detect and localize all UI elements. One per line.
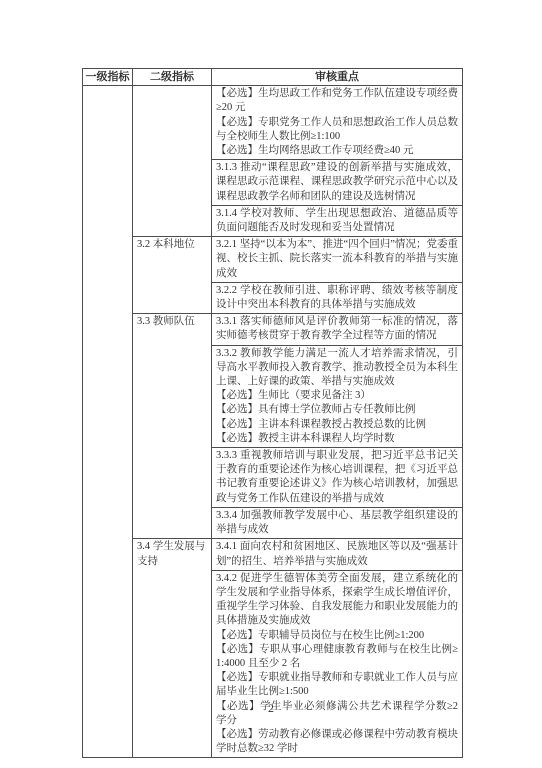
col-header-review-focus: 审核重点 — [212, 69, 463, 86]
review-cell-3-3-4: 3.3.4 加强教师教学发展中心、基层教学组织建设的举措与成效 — [212, 507, 463, 538]
level2-cell-3-4: 3.4 学生发展与支持 — [133, 539, 212, 758]
review-cell-3-4-1: 3.4.1 面向农村和贫困地区、民族地区等以及“强基计划”的招生、培养举措与实施… — [212, 539, 463, 570]
level2-cell-3-3: 3.3 教师队伍 — [133, 314, 212, 539]
review-item: 【必选】主讲本科课程教授占教授总数的比例 — [216, 418, 458, 432]
table-row: 3.4 学生发展与支持 3.4.1 面向农村和贫困地区、民族地区等以及“强基计划… — [83, 539, 463, 570]
review-item: 3.3.3 重视教师培训与职业发展，把习近平总书记关于教育的重要论述作为核心培训… — [216, 449, 458, 506]
review-item: 3.3.1 落实师德师风是评价教师第一标准的情况，落实师德考核贯穿于教育教学全过… — [216, 315, 458, 343]
header-row: 一级指标 二级指标 审核重点 — [83, 69, 463, 86]
review-item: 【必选】专职从事心理健康教育教师与在校生比例≥1:4000 且至少 2 名 — [216, 643, 458, 671]
review-item: 3.2.1 坚持“以本为本”、推进“四个回归”情况；党委重视、校长主抓、院长落实… — [216, 238, 458, 281]
review-item: 3.3.4 加强教师教学发展中心、基层教学组织建设的举措与成效 — [216, 509, 458, 537]
review-cell-3-2-2: 3.2.2 学校在教师引进、职称评聘、绩效考核等制度设计中突出本科教育的具体举措… — [212, 282, 463, 313]
review-cell-3-3-3: 3.3.3 重视教师培训与职业发展，把习近平总书记关于教育的重要论述作为核心培训… — [212, 448, 463, 508]
review-item: 3.4.1 面向农村和贫困地区、民族地区等以及“强基计划”的招生、培养举措与实施… — [216, 540, 458, 568]
review-item: 3.2.2 学校在教师引进、职称评聘、绩效考核等制度设计中突出本科教育的具体举措… — [216, 284, 458, 312]
review-cell-3-3-1: 3.3.1 落实师德师风是评价教师第一标准的情况，落实师德考核贯穿于教育教学全过… — [212, 314, 463, 345]
level1-indicator-cell — [83, 86, 133, 758]
review-item: 3.1.4 学校对教师、学生出现思想政治、道德品质等负面问题能否及时发现和妥当处… — [216, 207, 458, 235]
review-item: 【必选】生均思政工作和党务工作队伍建设专项经费≥20 元 — [216, 87, 458, 115]
review-item: 【必选】劳动教育必修课或必修课程中劳动教育模块学时总数≥32 学时 — [216, 728, 458, 756]
review-cell-3-1-required: 【必选】生均思政工作和党务工作队伍建设专项经费≥20 元 【必选】专职党务工作人… — [212, 86, 463, 160]
review-item: 3.3.2 教师教学能力满足一流人才培养需求情况，引导高水平教师投入教育教学、推… — [216, 347, 458, 390]
table-row: 3.2 本科地位 3.2.1 坚持“以本为本”、推进“四个回归”情况；党委重视、… — [83, 237, 463, 283]
review-item: 【必选】生均网络思政工作专项经费≥40 元 — [216, 144, 458, 158]
review-item: 【必选】教授主讲本科课程人均学时数 — [216, 432, 458, 446]
review-item: 【必选】生师比（要求见备注 3） — [216, 389, 458, 403]
col-header-level1-indicator: 一级指标 — [83, 69, 133, 86]
level2-cell-3-2: 3.2 本科地位 — [133, 237, 212, 314]
review-item: 3.4.2 促进学生德智体美劳全面发展，建立系统化的学生发展和学业指导体系，探索… — [216, 572, 458, 629]
review-item: 【必选】专职辅导员岗位与在校生比例≥1:200 — [216, 629, 458, 643]
review-cell-3-1-3: 3.1.3 推动“课程思政”建设的创新举措与实施成效，课程思政示范课程、课程思政… — [212, 160, 463, 206]
review-item: 【必选】专职党务工作人员和思想政治工作人员总数与全校师生人数比例≥1:100 — [216, 116, 458, 144]
col-header-level2-indicator: 二级指标 — [133, 69, 212, 86]
table-row: 3.3 教师队伍 3.3.1 落实师德师风是评价教师第一标准的情况，落实师德考核… — [83, 314, 463, 345]
review-cell-3-3-2: 3.3.2 教师教学能力满足一流人才培养需求情况，引导高水平教师投入教育教学、推… — [212, 345, 463, 447]
level2-cell-3-1 — [133, 86, 212, 237]
review-item: 【必选】专职就业指导教师和专职就业工作人员与应届毕业生比例≥1:500 — [216, 671, 458, 699]
table-row: 【必选】生均思政工作和党务工作队伍建设专项经费≥20 元 【必选】专职党务工作人… — [83, 86, 463, 160]
review-cell-3-4-2: 3.4.2 促进学生德智体美劳全面发展，建立系统化的学生发展和学业指导体系，探索… — [212, 570, 463, 758]
document-page: 一级指标 二级指标 审核重点 【必选】生均思政工作和党务工作队伍建设专项经费≥2… — [0, 0, 542, 768]
review-item: 3.1.3 推动“课程思政”建设的创新举措与实施成效，课程思政示范课程、课程思政… — [216, 161, 458, 204]
indicator-table: 一级指标 二级指标 审核重点 【必选】生均思政工作和党务工作队伍建设专项经费≥2… — [82, 68, 463, 758]
review-item: 【必选】具有博士学位教师占专任教师比例 — [216, 403, 458, 417]
review-cell-3-1-4: 3.1.4 学校对教师、学生出现思想政治、道德品质等负面问题能否及时发现和妥当处… — [212, 205, 463, 236]
review-cell-3-2-1: 3.2.1 坚持“以本为本”、推进“四个回归”情况；党委重视、校长主抓、院长落实… — [212, 237, 463, 283]
page-number: 2 — [0, 701, 542, 716]
